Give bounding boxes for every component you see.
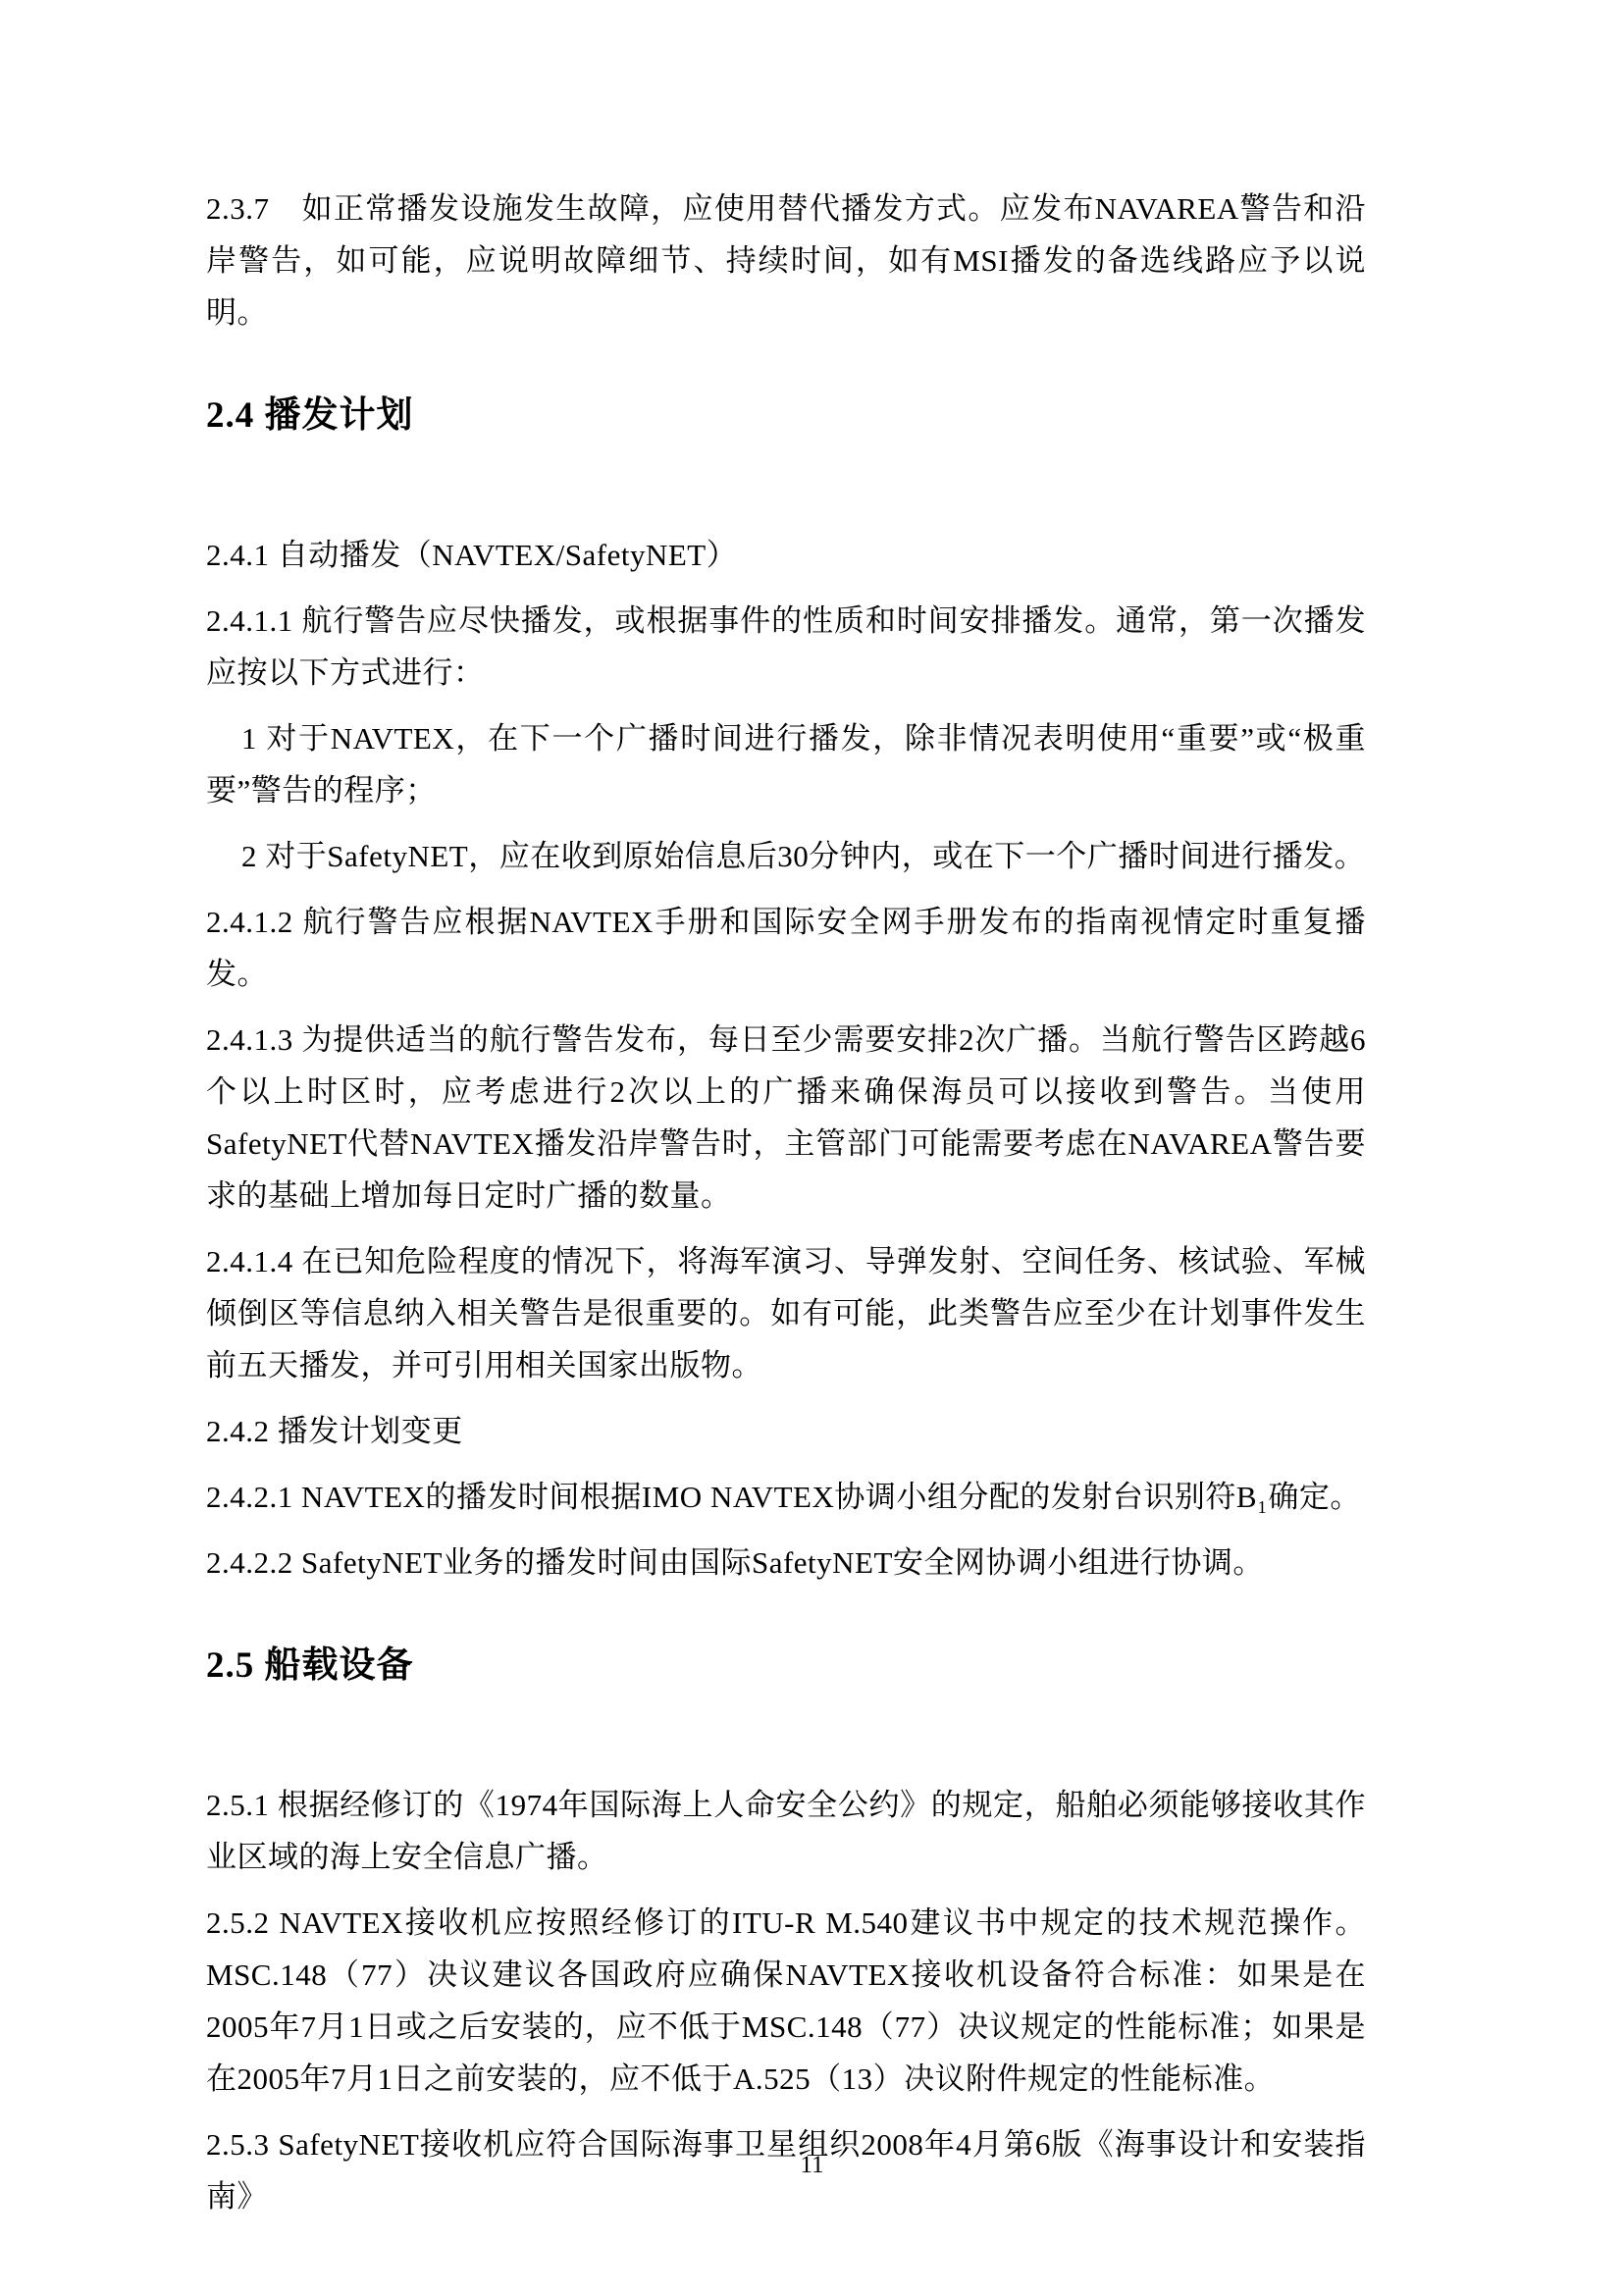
page-number: 11 <box>800 2152 823 2178</box>
paragraph-2-4-2-1: 2.4.2.1 NAVTEX的播发时间根据IMO NAVTEX协调小组分配的发射… <box>206 1471 1366 1523</box>
list-item-1: 1 对于NAVTEX，在下一个广播时间进行播发，除非情况表明使用“重要”或“极重… <box>206 712 1366 816</box>
paragraph-2-4-1-2: 2.4.1.2 航行警告应根据NAVTEX手册和国际安全网手册发布的指南视情定时… <box>206 896 1366 1000</box>
paragraph-2-4-2: 2.4.2 播发计划变更 <box>206 1405 1366 1457</box>
paragraph-2-5-1: 2.5.1 根据经修订的《1974年国际海上人命安全公约》的规定，船舶必须能够接… <box>206 1779 1366 1883</box>
paragraph-2-3-7: 2.3.7 如正常播发设施发生故障，应使用替代播发方式。应发布NAVAREA警告… <box>206 183 1366 339</box>
paragraph-2-4-1-4: 2.4.1.4 在已知危险程度的情况下，将海军演习、导弹发射、空间任务、核试验、… <box>206 1235 1366 1391</box>
document-body: 2.3.7 如正常播发设施发生故障，应使用替代播发方式。应发布NAVAREA警告… <box>206 183 1366 2236</box>
paragraph-2-5-2: 2.5.2 NAVTEX接收机应按照经修订的ITU-R M.540建议书中规定的… <box>206 1897 1366 2105</box>
section-heading-2-4: 2.4 播发计划 <box>206 393 1366 439</box>
paragraph-2-4-1-1: 2.4.1.1 航行警告应尽快播发，或根据事件的性质和时间安排播发。通常，第一次… <box>206 595 1366 699</box>
list-item-2: 2 对于SafetyNET，应在收到原始信息后30分钟内，或在下一个广播时间进行… <box>206 830 1366 882</box>
document-page: 2.3.7 如正常播发设施发生故障，应使用替代播发方式。应发布NAVAREA警告… <box>0 0 1624 2295</box>
section-heading-2-5: 2.5 船载设备 <box>206 1643 1366 1689</box>
page-footer: 11 <box>0 2151 1624 2180</box>
paragraph-2-4-1: 2.4.1 自动播发（NAVTEX/SafetyNET） <box>206 529 1366 581</box>
paragraph-2-4-2-2: 2.4.2.2 SafetyNET业务的播发时间由国际SafetyNET安全网协… <box>206 1537 1366 1589</box>
paragraph-2-4-1-3: 2.4.1.3 为提供适当的航行警告发布，每日至少需要安排2次广播。当航行警告区… <box>206 1014 1366 1222</box>
